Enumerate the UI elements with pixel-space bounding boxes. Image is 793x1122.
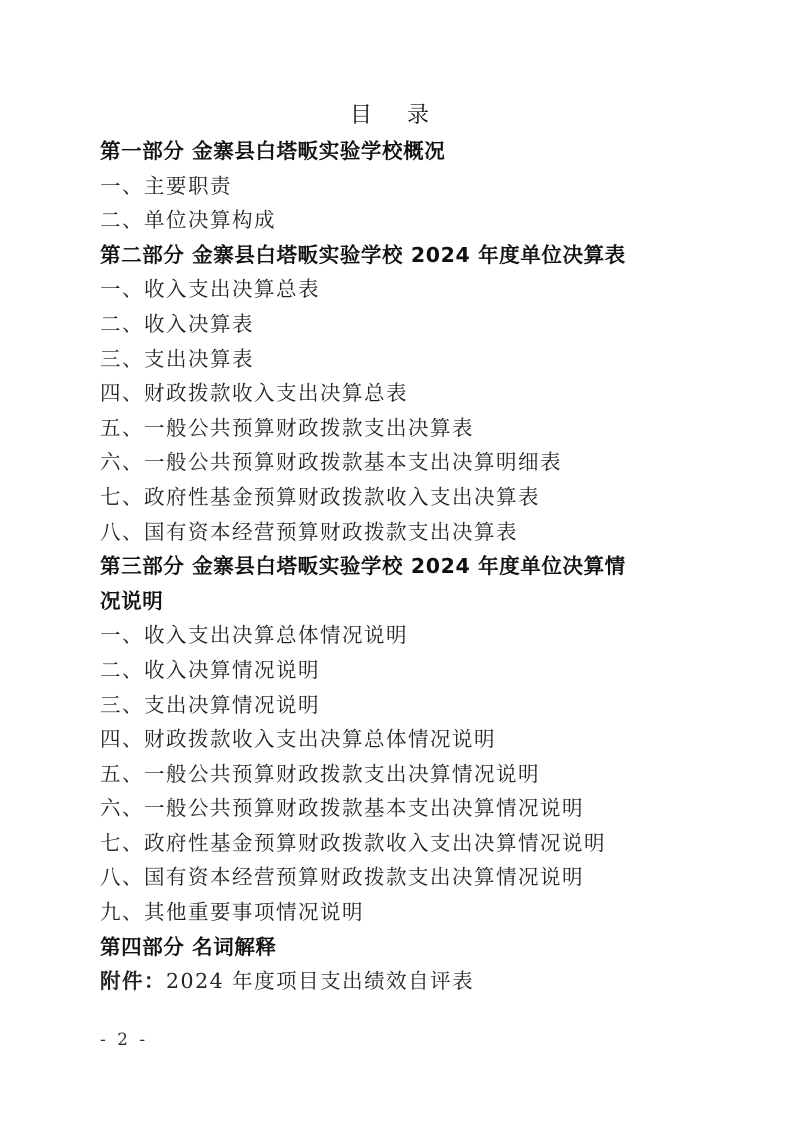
toc-part-2-heading: 第二部分 金寨县白塔畈实验学校 2024 年度单位决算表 bbox=[100, 238, 710, 273]
toc-item: 六、一般公共预算财政拨款基本支出决算明细表 bbox=[100, 445, 710, 480]
toc-item: 六、一般公共预算财政拨款基本支出决算情况说明 bbox=[100, 791, 710, 826]
toc-attachment: 附件：2024 年度项目支出绩效自评表 bbox=[100, 964, 710, 999]
toc-item: 二、收入决算表 bbox=[100, 307, 710, 342]
toc-part-3-heading-continued: 况说明 bbox=[100, 584, 710, 619]
toc-item: 四、财政拨款收入支出决算总体情况说明 bbox=[100, 722, 710, 757]
toc-title: 目 录 bbox=[0, 98, 793, 129]
attachment-label: 附件： bbox=[100, 969, 166, 993]
toc-item: 九、其他重要事项情况说明 bbox=[100, 895, 710, 930]
table-of-contents: 第一部分 金寨县白塔畈实验学校概况 一、主要职责 二、单位决算构成 第二部分 金… bbox=[100, 134, 710, 999]
document-page: 目 录 第一部分 金寨县白塔畈实验学校概况 一、主要职责 二、单位决算构成 第二… bbox=[0, 0, 793, 1122]
toc-item: 二、收入决算情况说明 bbox=[100, 653, 710, 688]
toc-item: 一、收入支出决算总体情况说明 bbox=[100, 618, 710, 653]
toc-item: 四、财政拨款收入支出决算总表 bbox=[100, 376, 710, 411]
toc-item: 五、一般公共预算财政拨款支出决算情况说明 bbox=[100, 757, 710, 792]
toc-item: 三、支出决算情况说明 bbox=[100, 688, 710, 723]
page-number: - 2 - bbox=[100, 1030, 148, 1050]
toc-item: 八、国有资本经营预算财政拨款支出决算情况说明 bbox=[100, 860, 710, 895]
toc-part-4-heading: 第四部分 名词解释 bbox=[100, 930, 710, 965]
toc-item: 五、一般公共预算财政拨款支出决算表 bbox=[100, 411, 710, 446]
toc-part-3-heading: 第三部分 金寨县白塔畈实验学校 2024 年度单位决算情 bbox=[100, 549, 710, 584]
toc-part-1-heading: 第一部分 金寨县白塔畈实验学校概况 bbox=[100, 134, 710, 169]
toc-item: 一、主要职责 bbox=[100, 169, 710, 204]
toc-item: 一、收入支出决算总表 bbox=[100, 272, 710, 307]
toc-item: 三、支出决算表 bbox=[100, 342, 710, 377]
toc-item: 二、单位决算构成 bbox=[100, 203, 710, 238]
toc-item: 七、政府性基金预算财政拨款收入支出决算表 bbox=[100, 480, 710, 515]
toc-item: 七、政府性基金预算财政拨款收入支出决算情况说明 bbox=[100, 826, 710, 861]
attachment-text: 2024 年度项目支出绩效自评表 bbox=[166, 969, 474, 993]
toc-item: 八、国有资本经营预算财政拨款支出决算表 bbox=[100, 515, 710, 550]
